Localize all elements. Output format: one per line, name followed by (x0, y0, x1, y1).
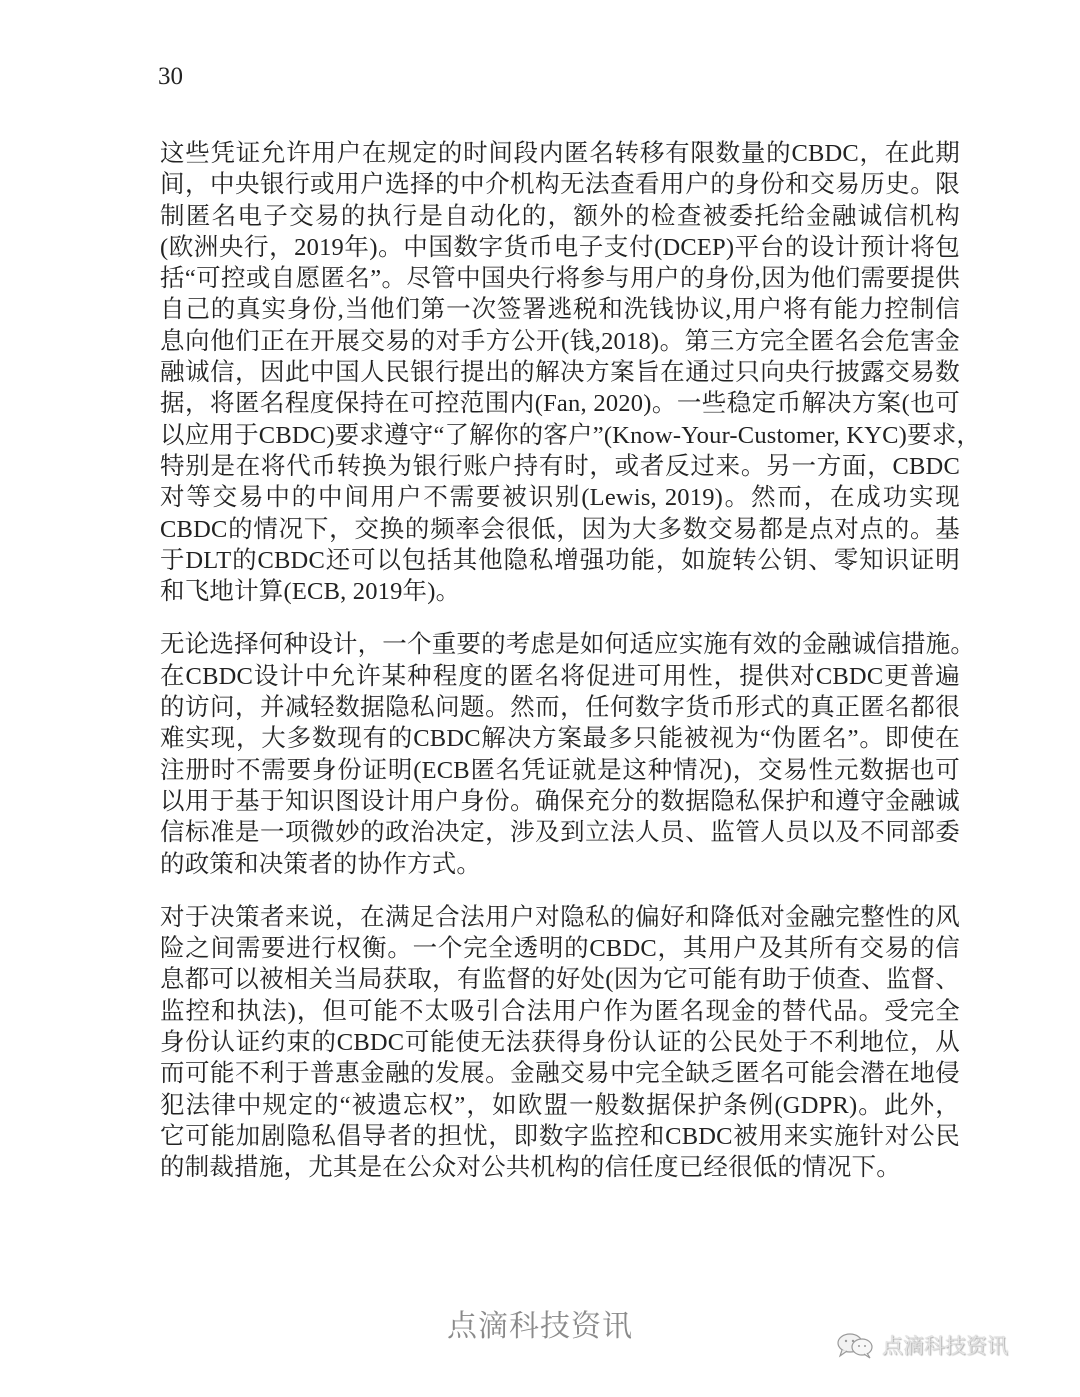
text-line: 自己的真实身份,当他们第一次签署逃税和洗钱协议,用户将有能力控制信 (160, 294, 960, 325)
text-line: 特别是在将代币转换为银行账户持有时，或者反过来。另一方面，CBDC (160, 451, 960, 482)
text-line: 在CBDC设计中允许某种程度的匿名将促进可用性，提供对CBDC更普遍 (160, 661, 960, 692)
text-line: 以应用于CBDC)要求遵守“了解你的客户”(Know-Your-Customer… (160, 420, 960, 451)
text-line: 无论选择何种设计，一个重要的考虑是如何适应实施有效的金融诚信措施。 (160, 629, 960, 660)
text-line: 于DLT的CBDC还可以包括其他隐私增强功能，如旋转公钥、零知识证明 (160, 545, 960, 576)
text-line: (欧洲央行，2019年)。中国数字货币电子支付(DCEP)平台的设计预计将包 (160, 232, 960, 263)
text-line: 融诚信，因此中国人民银行提出的解决方案旨在通过只向央行披露交易数 (160, 357, 960, 388)
text-line: 注册时不需要身份证明(ECB匿名凭证就是这种情况)，交易性元数据也可 (160, 755, 960, 786)
text-line: 难实现，大多数现有的CBDC解决方案最多只能被视为“伪匿名”。即使在 (160, 723, 960, 754)
text-line: 而可能不利于普惠金融的发展。金融交易中完全缺乏匿名可能会潜在地侵 (160, 1058, 960, 1089)
text-line: 息向他们正在开展交易的对手方公开(钱,2018)。第三方完全匿名会危害金 (160, 326, 960, 357)
paragraph-3: 对于决策者来说，在满足合法用户对隐私的偏好和降低对金融完整性的风 险之间需要进行… (160, 902, 960, 1184)
page-number: 30 (158, 62, 183, 92)
paragraph-1: 这些凭证允许用户在规定的时间段内匿名转移有限数量的CBDC，在此期 间，中央银行… (160, 138, 960, 607)
text-line: 身份认证约束的CBDC可能使无法获得身份认证的公民处于不利地位，从 (160, 1027, 960, 1058)
text-line: 制匿名电子交易的执行是自动化的，额外的检查被委托给金融诚信机构 (160, 201, 960, 232)
wechat-account-badge: 点滴科技资讯 (836, 1330, 1008, 1360)
footer-brand-text: 点滴科技资讯 (447, 1301, 633, 1345)
text-line: 息都可以被相关当局获取，有监督的好处(因为它可能有助于侦查、监督、 (160, 964, 960, 995)
wechat-icon (836, 1331, 876, 1359)
wechat-account-name: 点滴科技资讯 (882, 1330, 1008, 1360)
text-line: 括“可控或自愿匿名”。尽管中国央行将参与用户的身份,因为他们需要提供 (160, 263, 960, 294)
text-line: 对于决策者来说，在满足合法用户对隐私的偏好和降低对金融完整性的风 (160, 902, 960, 933)
text-line: 险之间需要进行权衡。一个完全透明的CBDC，其用户及其所有交易的信 (160, 933, 960, 964)
text-line: 和飞地计算(ECB, 2019年)。 (160, 576, 960, 607)
text-line: CBDC的情况下，交换的频率会很低，因为大多数交易都是点对点的。基 (160, 514, 960, 545)
text-line: 犯法律中规定的“被遗忘权”，如欧盟一般数据保护条例(GDPR)。此外， (160, 1090, 960, 1121)
text-line: 间，中央银行或用户选择的中介机构无法查看用户的身份和交易历史。限 (160, 169, 960, 200)
text-line: 以用于基于知识图设计用户身份。确保充分的数据隐私保护和遵守金融诚 (160, 786, 960, 817)
text-line: 的访问，并减轻数据隐私问题。然而，任何数字货币形式的真正匿名都很 (160, 692, 960, 723)
body-text: 这些凭证允许用户在规定的时间段内匿名转移有限数量的CBDC，在此期 间，中央银行… (160, 138, 960, 1206)
paragraph-2: 无论选择何种设计，一个重要的考虑是如何适应实施有效的金融诚信措施。 在CBDC设… (160, 629, 960, 879)
text-line: 的制裁措施，尤其是在公众对公共机构的信任度已经很低的情况下。 (160, 1152, 960, 1183)
text-line: 这些凭证允许用户在规定的时间段内匿名转移有限数量的CBDC，在此期 (160, 138, 960, 169)
text-line: 信标准是一项微妙的政治决定，涉及到立法人员、监管人员以及不同部委 (160, 817, 960, 848)
text-line: 据，将匿名程度保持在可控范围内(Fan, 2020)。一些稳定币解决方案(也可 (160, 388, 960, 419)
text-line: 它可能加剧隐私倡导者的担忧，即数字监控和CBDC被用来实施针对公民 (160, 1121, 960, 1152)
text-line: 监控和执法)，但可能不太吸引合法用户作为匿名现金的替代品。受完全 (160, 996, 960, 1027)
text-line: 对等交易中的中间用户不需要被识别(Lewis, 2019)。然而，在成功实现 (160, 482, 960, 513)
text-line: 的政策和决策者的协作方式。 (160, 849, 960, 880)
